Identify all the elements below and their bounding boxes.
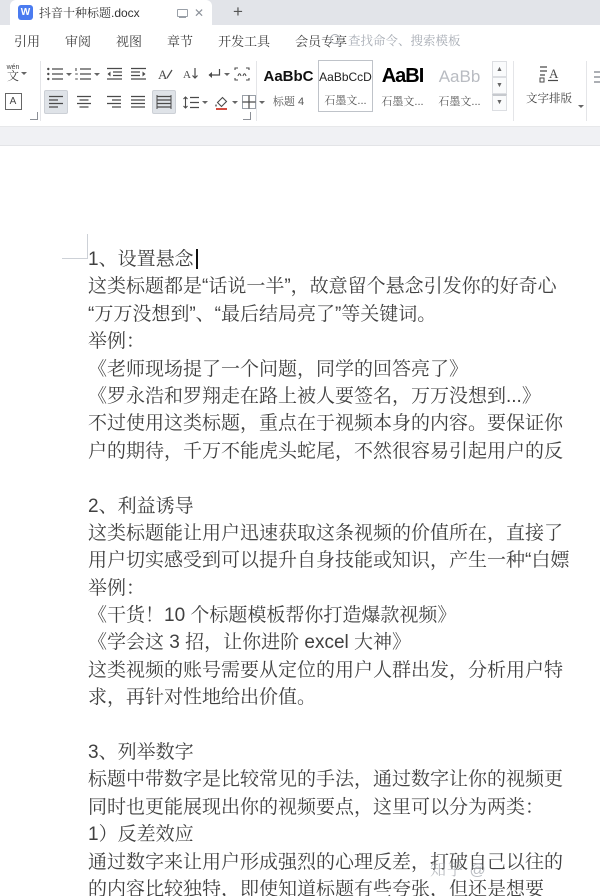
style-gallery-scroll: ▲ ▼ ▼: [492, 61, 507, 111]
search-icon: [330, 34, 342, 46]
doc-line[interactable]: 通过数字来让用户形成强烈的心理反差，打破自己以往的: [88, 849, 600, 876]
chevron-down-icon: [232, 101, 238, 104]
align-left-icon: [48, 95, 64, 109]
doc-line[interactable]: 的内容比较独特，即使知道标题有些夸张，但还是想要: [88, 876, 600, 896]
dialog-launcher-icon[interactable]: [243, 112, 251, 120]
chevron-down-icon: [578, 105, 584, 108]
doc-line[interactable]: 1）反差效应: [88, 821, 600, 848]
character-scale-button[interactable]: [230, 62, 254, 86]
doc-line[interactable]: 《学会这 3 招，让你进阶 excel 大神》: [88, 629, 600, 656]
decrease-indent-icon: [106, 66, 123, 82]
menu-section[interactable]: 章节: [167, 31, 193, 50]
increase-indent-icon: [130, 66, 147, 82]
doc-line[interactable]: 这类标题都是“话说一半”，故意留个悬念引发你的好奇心: [88, 273, 600, 300]
style-label: 石墨文...: [381, 93, 423, 109]
doc-line[interactable]: 1、设置悬念: [88, 246, 600, 273]
ribbon-toolbar: wén文 A: [0, 56, 600, 127]
dialog-launcher-icon[interactable]: [30, 112, 38, 120]
character-border-button[interactable]: A: [1, 89, 25, 113]
character-scale-icon: [233, 66, 251, 82]
menu-devtools[interactable]: 开发工具: [218, 31, 270, 50]
tab-bar: W 抖音十种标题.docx ✕ +: [0, 0, 600, 25]
wps-logo-icon: W: [18, 5, 33, 20]
shading-icon: [213, 94, 230, 110]
doc-line[interactable]: 不过使用这类标题，重点在于视频本身的内容。要保证你: [88, 410, 600, 437]
doc-line[interactable]: 这类标题能让用户迅速获取这条视频的价值所在，直接了: [88, 520, 600, 547]
doc-line[interactable]: 求，再针对性地给出价值。: [88, 684, 600, 711]
ruler-strip: [0, 127, 600, 146]
doc-line[interactable]: 3、列举数字: [88, 739, 600, 766]
style-label: 石墨文...: [438, 93, 480, 109]
gallery-more-icon[interactable]: ▼: [492, 94, 507, 111]
style-label: 标题 4: [273, 93, 304, 109]
chevron-down-icon: [21, 72, 27, 75]
numbered-list-button[interactable]: [72, 62, 102, 86]
numbered-list-icon: [74, 66, 92, 82]
text-layout-label: 文字排版: [526, 90, 572, 106]
text-effects-icon: A: [156, 66, 173, 82]
sort-icon: A: [182, 66, 199, 82]
document-tab-title: 抖音十种标题.docx: [39, 4, 170, 21]
doc-line[interactable]: 2、利益诱导: [88, 493, 600, 520]
chevron-down-icon: [202, 101, 208, 104]
search-placeholder: 查找命令、搜索模板: [348, 31, 461, 49]
justify-icon: [130, 95, 146, 109]
document-text[interactable]: 1、设置悬念这类标题都是“话说一半”，故意留个悬念引发你的好奇心“万万没想到”、…: [88, 246, 600, 896]
doc-line[interactable]: 举例：: [88, 575, 600, 602]
style-preview: AaBb: [432, 60, 487, 93]
svg-text:A: A: [183, 69, 191, 81]
chevron-down-icon: [94, 73, 100, 76]
style-body-selected[interactable]: AaBbCcD 石墨文...: [318, 60, 373, 112]
text-layout-button[interactable]: A 文字排版: [520, 64, 578, 116]
close-tab-icon[interactable]: ✕: [194, 7, 204, 19]
style-heading4[interactable]: AaBbC 标题 4: [261, 60, 316, 112]
decrease-indent-button[interactable]: [102, 62, 126, 86]
distribute-text-icon: [156, 95, 172, 109]
style-bold[interactable]: AaBI 石墨文...: [375, 60, 430, 112]
doc-line[interactable]: 户的期待，千万不能虎头蛇尾，不然很容易引起用户的反: [88, 438, 600, 465]
doc-line[interactable]: [88, 712, 600, 739]
style-preview: AaBbC: [261, 60, 316, 93]
paragraph-marks-icon: [205, 66, 222, 82]
align-center-icon: [76, 95, 92, 109]
align-left-button[interactable]: [44, 90, 68, 114]
doc-line[interactable]: 这类视频的账号需要从定位的用户人群出发，分析用户特: [88, 657, 600, 684]
justify-button[interactable]: [126, 90, 150, 114]
share-screen-icon[interactable]: [176, 7, 188, 19]
line-spacing-button[interactable]: [180, 90, 210, 114]
doc-line[interactable]: 同时也更能展现出你的视频要点，这里可以分为两类：: [88, 794, 600, 821]
chevron-down-icon: [224, 73, 230, 76]
gallery-scroll-up-icon[interactable]: ▲: [492, 61, 507, 77]
doc-line[interactable]: “万万没想到”、“最后结局亮了”等关键词。: [88, 301, 600, 328]
doc-line[interactable]: [88, 465, 600, 492]
text-cursor: [196, 249, 198, 269]
doc-line[interactable]: 《罗永浩和罗翔走在路上被人要签名，万万没想到...》: [88, 383, 600, 410]
doc-line[interactable]: 举例：: [88, 328, 600, 355]
menu-view[interactable]: 视图: [116, 31, 142, 50]
command-search[interactable]: 查找命令、搜索模板: [330, 31, 461, 49]
doc-line[interactable]: 《老师现场提了一个问题，同学的回答亮了》: [88, 356, 600, 383]
style-light[interactable]: AaBb 石墨文...: [432, 60, 487, 112]
style-label: 石墨文...: [324, 92, 366, 108]
character-border-icon: A: [5, 93, 22, 110]
bullet-list-button[interactable]: [44, 62, 74, 86]
clipped-icon: [592, 68, 600, 88]
align-right-icon: [106, 95, 122, 109]
text-effects-button[interactable]: A: [152, 62, 176, 86]
phonetic-guide-icon: wén文: [7, 65, 20, 82]
text-layout-icon: A: [538, 64, 560, 84]
style-preview: AaBbCcD: [319, 61, 372, 92]
doc-line[interactable]: 标题中带数字是比较常见的手法，通过数字让你的视频更: [88, 766, 600, 793]
distribute-text-button[interactable]: [152, 90, 176, 114]
line-spacing-icon: [182, 95, 200, 110]
phonetic-guide-button[interactable]: wén文: [2, 61, 32, 85]
bullet-list-icon: [46, 66, 64, 82]
menu-bar: 引用 审阅 视图 章节 开发工具 会员专享: [0, 25, 600, 56]
new-tab-button[interactable]: +: [222, 0, 254, 25]
style-preview: AaBI: [375, 60, 430, 93]
sort-button[interactable]: A: [178, 62, 202, 86]
align-right-button[interactable]: [102, 90, 126, 114]
margin-crop-mark: [62, 234, 88, 259]
menu-references[interactable]: 引用: [14, 31, 40, 50]
menu-review[interactable]: 审阅: [65, 31, 91, 50]
clipped-toolbar-button[interactable]: [592, 68, 600, 108]
doc-line[interactable]: 《干货！10 个标题模板帮你打造爆款视频》: [88, 602, 600, 629]
doc-line[interactable]: 用户切实感受到可以提升自身技能或知识，产生一种“白嫖: [88, 547, 600, 574]
paragraph-marks-button[interactable]: [202, 62, 232, 86]
svg-text:A: A: [158, 67, 168, 82]
gallery-scroll-down-icon[interactable]: ▼: [492, 77, 507, 93]
increase-indent-button[interactable]: [126, 62, 150, 86]
svg-text:A: A: [549, 66, 559, 81]
shading-button[interactable]: [210, 90, 240, 114]
wps-writer-window: W 抖音十种标题.docx ✕ + 引用 审阅 视图 章节 开发工具 会员专享 …: [0, 0, 600, 896]
zhihu-watermark: 知乎 @: [430, 857, 487, 880]
document-tab[interactable]: W 抖音十种标题.docx ✕: [10, 0, 212, 25]
borders-icon: [241, 94, 257, 110]
align-center-button[interactable]: [72, 90, 96, 114]
